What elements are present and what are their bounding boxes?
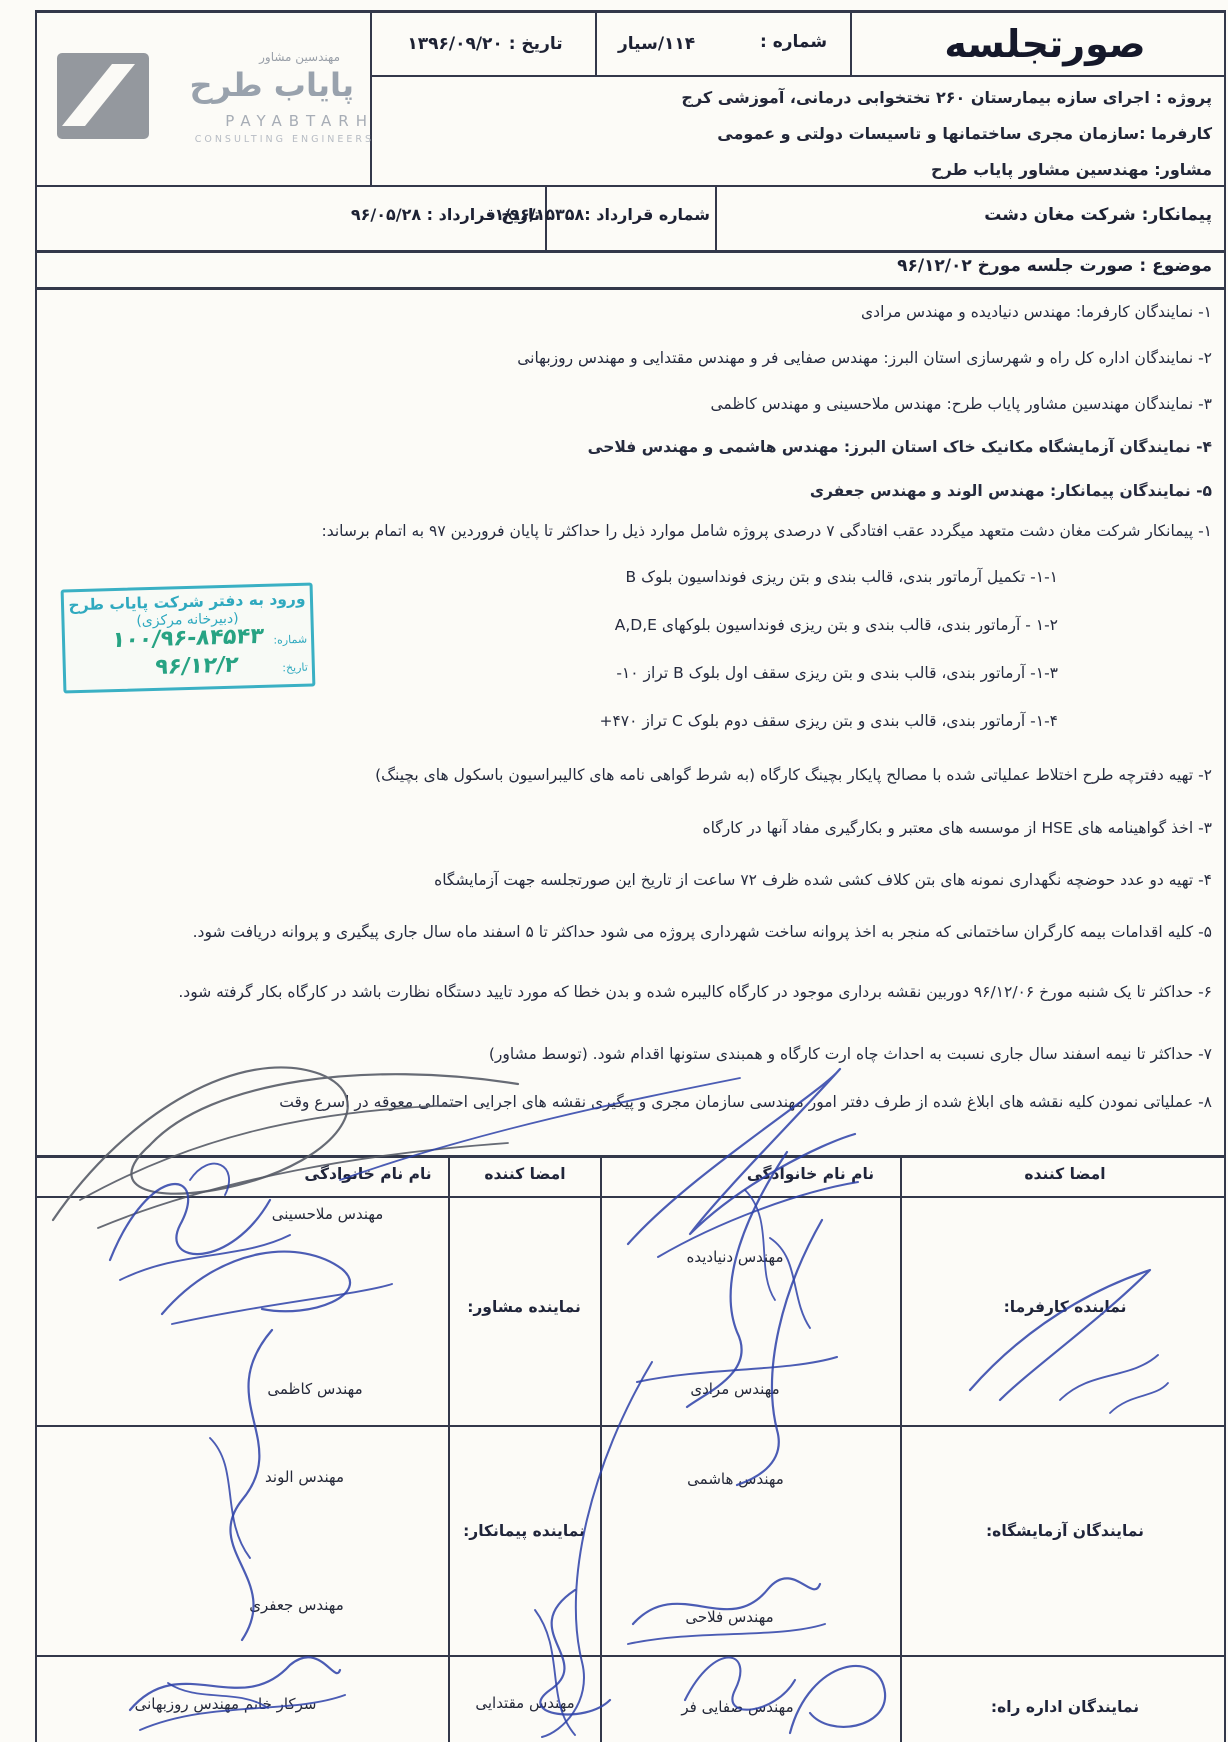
header-row3-divider xyxy=(35,250,1226,253)
header-row1-divider xyxy=(370,75,1226,77)
title-number-divider xyxy=(850,10,852,77)
stamp-date-value: ۹۶/۱۲/۲ xyxy=(153,653,239,680)
signature-laboratory-right xyxy=(940,1248,1175,1423)
logo-fa-name: پایاب طرح xyxy=(190,66,354,104)
doc-number-label: شماره : xyxy=(760,32,827,52)
number-date-divider xyxy=(595,10,597,77)
role-laboratory-representatives: نمایندگان آزمایشگاه: xyxy=(940,1522,1190,1540)
document-title: صورتجلسه xyxy=(880,22,1210,66)
office-entry-stamp: ورود به دفتر شرکت پایاب طرح (دبیرخانه مر… xyxy=(61,583,316,694)
body-item-3: ۳- اخذ گواهینامه های HSE از موسسه های مع… xyxy=(47,818,1212,839)
participants-item-2: ۲- نمایندگان اداره کل راه و شهرسازی استا… xyxy=(47,348,1212,369)
stamp-number-label: شماره: xyxy=(273,633,307,647)
payabtarh-logo-icon xyxy=(56,52,150,140)
header-row2-divider xyxy=(35,185,1226,187)
role-road-office-representatives: نمایندگان اداره راه: xyxy=(940,1698,1190,1716)
client-line: کارفرما :سازمان مجری ساختمانها و تاسیسات… xyxy=(717,124,1212,143)
role-consultant-representative: نماینده مشاور: xyxy=(452,1298,596,1316)
logo-fa-tagline: مهندسین مشاور xyxy=(259,50,340,64)
outer-border-top xyxy=(35,10,1226,13)
contractor-line: پیمانکار: شرکت مغان دشت xyxy=(984,205,1212,225)
table-header-signer-right: امضا کننده xyxy=(975,1165,1155,1183)
doc-number-value: ۱۱۴/سیار xyxy=(618,34,695,54)
signature-flourish-bottom-center xyxy=(470,1340,670,1740)
stamp-date-label: تاریخ: xyxy=(282,661,308,675)
outer-border-left xyxy=(35,10,37,1742)
scanned-meeting-minutes-document: صورتجلسه شماره : ۱۱۴/سیار تاریخ : ۱۳۹۶/۰… xyxy=(0,0,1228,1742)
signature-roozbahani xyxy=(108,1628,353,1742)
consultant-line: مشاور: مهندسین مشاور پایاب طرح xyxy=(931,160,1212,179)
signature-hashemi xyxy=(680,1198,855,1493)
stamp-number-value: ۱۰۰/۹۶-۸۴۵۴۳ xyxy=(110,624,264,653)
signature-safaeifar xyxy=(768,1638,913,1742)
body-item-2: ۲- تهیه دفترچه طرح اختلاط عملیاتی شده با… xyxy=(47,765,1212,786)
participants-item-4: ۴- نمایندگان آزمایشگاه مکانیک خاک استان … xyxy=(47,437,1212,458)
participants-item-5: ۵- نمایندگان پیمانکار: مهندس الوند و مهن… xyxy=(47,481,1212,502)
contract-number: شماره قرارداد :۰۱/۹۶/۱۵۳۵۸ xyxy=(555,205,710,224)
body-item-5: ۵- کلیه اقدامات بیمه کارگران ساختمانی که… xyxy=(47,922,1212,943)
payabtarh-logo: مهندسین مشاور پایاب طرح PAYABTARH CONSUL… xyxy=(48,42,368,172)
logo-en-tagline: CONSULTING ENGINEERS xyxy=(195,134,374,145)
signature-table-col1-divider xyxy=(448,1155,450,1742)
project-line: پروژه : اجرای سازه بیمارستان ۲۶۰ تختخواب… xyxy=(681,88,1212,107)
sub-item-1-4: ۱-۴- آرماتور بندی، قالب بندی و بتن ریزی … xyxy=(158,711,1058,732)
header-logo-divider xyxy=(370,10,372,187)
signature-jafari xyxy=(150,1318,325,1653)
body-item-6: ۶- حداکثر تا یک شنبه مورخ ۹۶/۱۲/۰۶ دوربی… xyxy=(47,982,1212,1003)
subject-bottom-divider xyxy=(35,287,1226,290)
doc-date: تاریخ : ۱۳۹۶/۰۹/۲۰ xyxy=(385,34,585,54)
outer-border-right xyxy=(1224,10,1226,1742)
participants-item-1: ۱- نمایندگان کارفرما: مهندس دنیادیده و م… xyxy=(47,302,1212,323)
commitment-paragraph: ۱- پیمانکار شرکت مغان دشت متعهد میگردد ع… xyxy=(47,521,1212,542)
subject-line: موضوع : صورت جلسه مورخ ۹۶/۱۲/۰۲ xyxy=(897,256,1212,276)
body-item-4: ۴- تهیه دو عدد حوضچه نگهداری نمونه های ب… xyxy=(47,870,1212,891)
participants-item-3: ۳- نمایندگان مهندسین مشاور پایاب طرح: مه… xyxy=(47,394,1212,415)
contractor-contractno-divider xyxy=(715,185,717,251)
logo-en-name: PAYABTARH xyxy=(225,112,374,130)
contract-date: تاریخ قرارداد : ۹۶/۰۵/۲۸ xyxy=(378,205,540,224)
